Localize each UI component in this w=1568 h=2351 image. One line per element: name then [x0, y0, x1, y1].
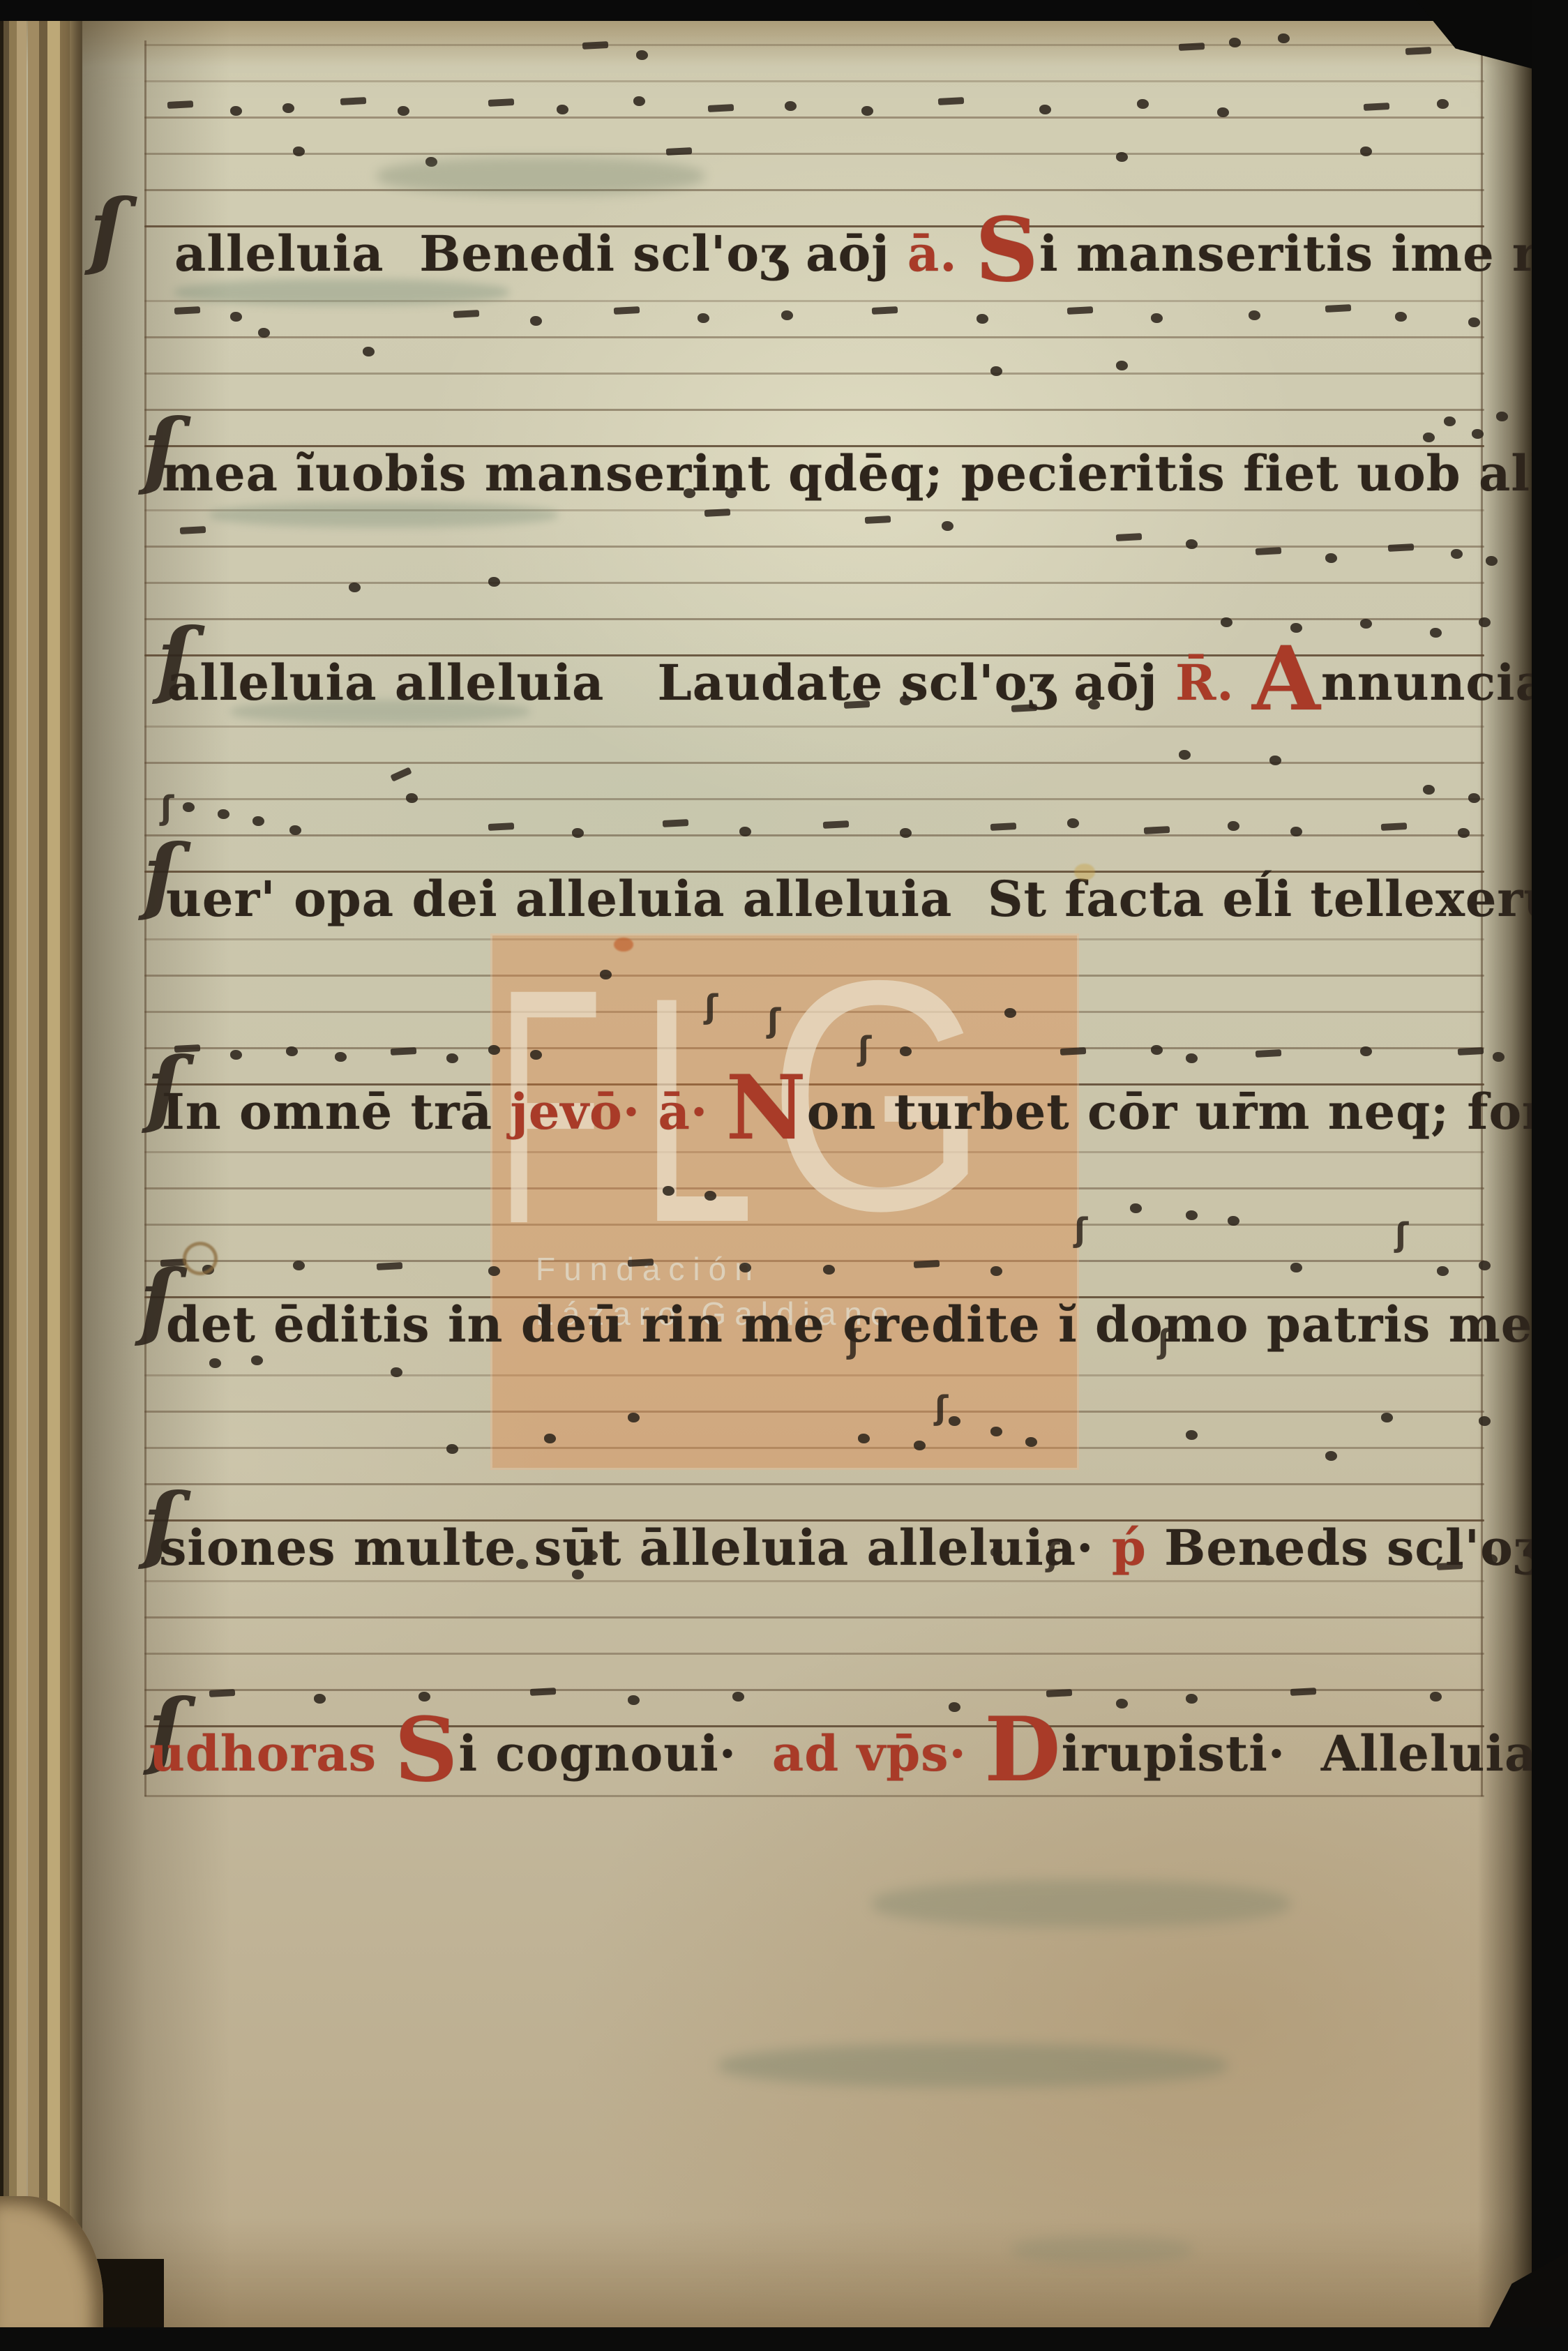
neume-mark — [1430, 628, 1442, 638]
initial-letter: S — [975, 198, 1039, 301]
neume-mark — [530, 316, 542, 326]
neume-mark — [1325, 304, 1351, 313]
neume-mark — [1179, 43, 1205, 51]
neume-mark — [1067, 818, 1079, 828]
stain — [614, 938, 633, 952]
neume-mark — [1458, 1047, 1484, 1056]
neume-mark: ʃ — [935, 1392, 948, 1424]
rubric-text: udhoras — [149, 1725, 394, 1782]
neume-mark — [1137, 99, 1149, 109]
neume-mark — [289, 825, 301, 835]
neume-mark — [1437, 99, 1449, 109]
neume-mark — [167, 100, 193, 109]
neume-mark — [1364, 103, 1389, 111]
chant-text: on turbet cōr ur̄m neq; formi — [807, 1083, 1568, 1141]
neume-mark — [704, 509, 730, 517]
neume-mark — [377, 1262, 402, 1270]
neume-mark — [557, 105, 568, 114]
neume-mark — [1360, 619, 1372, 629]
neume-mark — [708, 104, 734, 112]
neume-mark — [628, 1413, 640, 1422]
neume-mark — [1011, 704, 1037, 712]
neume-mark — [1278, 33, 1290, 43]
neume-mark — [990, 1547, 1002, 1557]
neume-mark — [586, 1550, 598, 1560]
neume-mark — [1262, 1556, 1274, 1565]
neume-mark — [180, 526, 206, 534]
chant-content-layer: ſalleluia Benedi scl'oʒ aōj ā. Si manser… — [0, 0, 1568, 2351]
neume-mark — [739, 827, 751, 836]
chant-line: alleluia Benedi scl'oʒ aōj ā. Si manseri… — [174, 226, 1568, 283]
chant-line: uer' opa dei alleluia alleluia St facta … — [166, 871, 1568, 928]
neume-mark — [1405, 47, 1431, 55]
clef-letter: ſ — [89, 188, 126, 272]
neume-mark — [900, 696, 912, 705]
neume-mark: ʃ — [858, 1032, 871, 1065]
neume-mark — [785, 101, 797, 111]
neume-mark — [1437, 1266, 1449, 1276]
neume-mark — [1423, 433, 1435, 442]
neume-mark — [258, 328, 270, 338]
neume-mark — [530, 1050, 542, 1060]
neume-mark — [1186, 1053, 1198, 1063]
chant-text: nnuncia — [1321, 654, 1548, 712]
neume-mark — [704, 1191, 716, 1201]
neume-mark — [446, 1444, 458, 1454]
neume-mark — [858, 1434, 870, 1443]
chant-line: In omnē trā jevō· ā· Non turbet cōr ur̄m… — [162, 1084, 1568, 1141]
neume-mark — [363, 347, 375, 356]
neume-mark — [1256, 547, 1281, 555]
neume-mark — [1060, 1047, 1086, 1056]
neume-mark — [1004, 1008, 1016, 1018]
neume-mark — [1493, 1052, 1505, 1062]
neume-mark — [1116, 152, 1128, 162]
neume-mark — [286, 1046, 298, 1056]
neume-mark — [488, 98, 514, 107]
neume-mark — [391, 1047, 416, 1056]
neume-mark — [1496, 412, 1508, 421]
neume-mark — [739, 1263, 751, 1272]
bleedthrough-smudge — [872, 1880, 1290, 1928]
neume-mark — [398, 106, 409, 116]
neume-mark — [977, 314, 988, 324]
neume-mark — [218, 809, 229, 819]
neume-mark — [900, 828, 912, 838]
neume-mark: ʃ — [1074, 1214, 1087, 1246]
neume-mark — [1388, 543, 1414, 552]
neume-mark — [1479, 1261, 1491, 1270]
neume-mark — [1067, 306, 1093, 315]
photo-frame-bottom — [0, 2327, 1568, 2351]
neume-mark — [252, 816, 264, 826]
bleedthrough-smudge — [174, 279, 509, 306]
neume-mark — [636, 50, 648, 60]
neume-mark — [1479, 617, 1491, 627]
neume-mark — [990, 823, 1016, 831]
neume-mark — [1381, 823, 1407, 831]
bleedthrough-smudge — [230, 700, 530, 723]
neume-mark — [872, 306, 898, 315]
neume-mark — [1360, 1046, 1372, 1056]
neume-mark — [1116, 533, 1142, 541]
neume-mark — [230, 312, 242, 322]
neume-mark: ʃ — [160, 792, 174, 824]
neume-mark — [391, 1367, 402, 1377]
neume-mark — [1486, 1554, 1498, 1564]
neume-mark — [725, 488, 737, 498]
neume-mark — [628, 1695, 640, 1705]
neume-mark — [1116, 1699, 1128, 1708]
neume-mark — [732, 1692, 744, 1702]
neume-mark — [600, 970, 612, 979]
neume-mark — [488, 823, 514, 831]
neume-mark — [1423, 785, 1435, 795]
rubric-text: jevō· ā· — [511, 1083, 726, 1141]
chant-text: irupisti· Alleluia allá· — [1062, 1725, 1568, 1782]
neume-mark — [666, 147, 692, 156]
chant-text: det ēditis in deū rin me credite ĭ domo … — [166, 1295, 1568, 1353]
neume-mark — [1290, 1263, 1302, 1272]
neume-mark — [823, 1265, 835, 1275]
chant-text: Beneds scl'oʒ āōj· — [1164, 1519, 1568, 1577]
neume-mark — [1256, 1049, 1281, 1058]
neume-mark — [914, 1441, 926, 1450]
neume-mark — [1325, 1451, 1337, 1461]
chant-text: uer' opa dei alleluia alleluia St facta … — [166, 870, 1568, 928]
neume-mark — [1290, 827, 1302, 836]
neume-mark — [1325, 553, 1337, 563]
chant-text: i manseritis ime rúba — [1039, 225, 1568, 283]
neume-mark — [1179, 750, 1191, 760]
bleedthrough-smudge — [718, 2044, 1228, 2087]
neume-mark — [340, 97, 366, 105]
neume-mark: ʃ — [767, 1005, 781, 1037]
neume-mark — [1046, 1689, 1072, 1697]
neume-mark — [174, 306, 200, 315]
neume-mark — [516, 1559, 528, 1569]
neume-mark — [1088, 700, 1100, 709]
neume-mark — [293, 147, 305, 156]
photo-frame-top — [0, 0, 1568, 21]
neume-mark — [990, 1427, 1002, 1436]
neume-mark — [663, 1186, 674, 1196]
neume-mark — [293, 1261, 305, 1270]
neume-mark — [488, 1045, 500, 1055]
chant-text: In omnē trā — [162, 1083, 511, 1141]
neume-mark — [938, 97, 964, 105]
neume-mark — [614, 306, 640, 315]
neume-mark — [1130, 1203, 1142, 1213]
neume-mark — [209, 1689, 235, 1697]
neume-mark — [990, 366, 1002, 376]
initial-letter: D — [984, 1698, 1061, 1801]
neume-mark — [1468, 317, 1480, 327]
neume-mark — [844, 700, 870, 709]
neume-mark — [1221, 617, 1232, 627]
neume-mark — [1228, 1216, 1239, 1226]
neume-mark — [949, 1702, 960, 1712]
neume-mark — [1039, 105, 1051, 114]
neume-mark — [1472, 429, 1484, 439]
neume-mark — [914, 1260, 940, 1268]
neume-mark — [1290, 1688, 1316, 1696]
neume-mark — [1228, 821, 1239, 831]
neume-mark — [572, 1570, 584, 1579]
neume-mark — [1381, 1413, 1393, 1422]
neume-mark — [544, 1434, 556, 1443]
neume-mark — [1468, 793, 1480, 803]
neume-mark — [781, 310, 793, 320]
neume-mark — [1479, 1416, 1491, 1426]
neume-mark — [314, 1694, 326, 1704]
neume-mark — [488, 577, 500, 587]
neume-mark — [230, 1050, 242, 1060]
neume-mark — [282, 103, 294, 113]
neume-mark — [230, 106, 242, 116]
neume-mark — [1217, 107, 1229, 117]
neume-mark — [1249, 310, 1260, 320]
neume-mark — [949, 1416, 960, 1426]
neume-mark — [633, 96, 645, 106]
bleedthrough-smudge — [377, 157, 704, 195]
neume-mark — [1144, 826, 1170, 834]
bleedthrough-smudge — [1011, 2236, 1193, 2264]
neume-mark — [684, 488, 695, 498]
neume-mark — [1430, 1692, 1442, 1702]
neume-mark — [1151, 313, 1163, 323]
initial-letter: N — [726, 1056, 807, 1159]
chant-text: mea ĩuobis manserint qdēq; pecieritis fi… — [162, 444, 1568, 502]
neume-mark — [1444, 416, 1456, 426]
neume-mark — [390, 767, 412, 781]
neume-mark — [349, 583, 361, 592]
neume-mark — [1269, 756, 1281, 765]
neume-mark — [335, 1052, 347, 1062]
rubric-text: ā. — [907, 225, 975, 283]
neume-mark — [663, 819, 688, 827]
neume-mark — [1186, 1430, 1198, 1440]
chant-line: udhoras Si cognoui· ad vp̄s· Dirupisti· … — [149, 1726, 1568, 1782]
neume-mark — [251, 1355, 263, 1365]
neume-mark — [530, 1688, 556, 1696]
neume-mark — [488, 1266, 500, 1276]
neume-mark — [1151, 1045, 1163, 1055]
neume-mark: ʃ — [1158, 1325, 1171, 1358]
neume-mark — [942, 521, 953, 531]
neume-mark — [1451, 549, 1463, 559]
neume-mark — [183, 802, 195, 812]
neume-mark — [698, 313, 709, 323]
chant-text: alleluia Benedi scl'oʒ aōj — [174, 225, 907, 283]
initial-letter: S — [394, 1698, 458, 1801]
neume-mark — [900, 1046, 912, 1056]
neume-mark — [1186, 1694, 1198, 1704]
neume-mark — [1437, 1562, 1463, 1570]
neume-mark — [582, 41, 608, 50]
neume-mark — [1395, 312, 1407, 322]
neume-mark — [406, 793, 418, 803]
chant-text: i cognoui· — [458, 1725, 771, 1782]
neume-mark: ʃ — [1046, 1538, 1060, 1570]
neume-mark: ʃ — [1395, 1219, 1408, 1251]
neume-mark — [1360, 147, 1372, 156]
neume-mark — [861, 106, 873, 116]
manuscript-photo: Fundación Lázaro Galdiano FLG ſalleluia … — [0, 0, 1568, 2351]
bleedthrough-smudge — [209, 502, 558, 527]
neume-mark — [1458, 828, 1470, 838]
neume-mark — [1229, 38, 1241, 47]
rubric-text: ṕ — [1112, 1519, 1164, 1577]
neume-mark — [628, 1259, 654, 1267]
rubric-text: ad vp̄s· — [772, 1725, 984, 1782]
chant-line: siones multe sūt ālleluia alleluia· ṕ B… — [159, 1520, 1568, 1577]
chant-line: mea ĩuobis manserint qdēq; pecieritis fi… — [162, 446, 1568, 502]
neume-mark — [453, 310, 479, 318]
neume-mark — [1486, 556, 1498, 566]
neume-mark — [865, 516, 891, 524]
book-page-edges — [0, 0, 82, 2351]
neume-mark — [1186, 539, 1198, 549]
neume-mark — [446, 1053, 458, 1063]
neume-mark — [1116, 361, 1128, 370]
neume-mark — [1025, 1437, 1037, 1447]
chant-line: det ēditis in deū rin me credite ĭ domo … — [166, 1297, 1568, 1353]
neume-mark: ʃ — [847, 1325, 861, 1358]
initial-letter: A — [1252, 627, 1321, 730]
neume-mark — [1186, 1210, 1198, 1220]
neume-mark — [823, 820, 849, 829]
neume-mark — [174, 1044, 200, 1053]
stain — [1074, 864, 1095, 880]
photo-frame-right — [1532, 0, 1568, 2351]
neume-mark — [990, 1266, 1002, 1276]
stain — [183, 1242, 218, 1275]
neume-mark — [209, 1358, 221, 1368]
neume-mark — [572, 828, 584, 838]
neume-mark: ʃ — [704, 991, 718, 1023]
rubric-text: R̄. — [1175, 654, 1252, 712]
chant-text: siones multe sūt ālleluia alleluia· — [159, 1519, 1112, 1577]
